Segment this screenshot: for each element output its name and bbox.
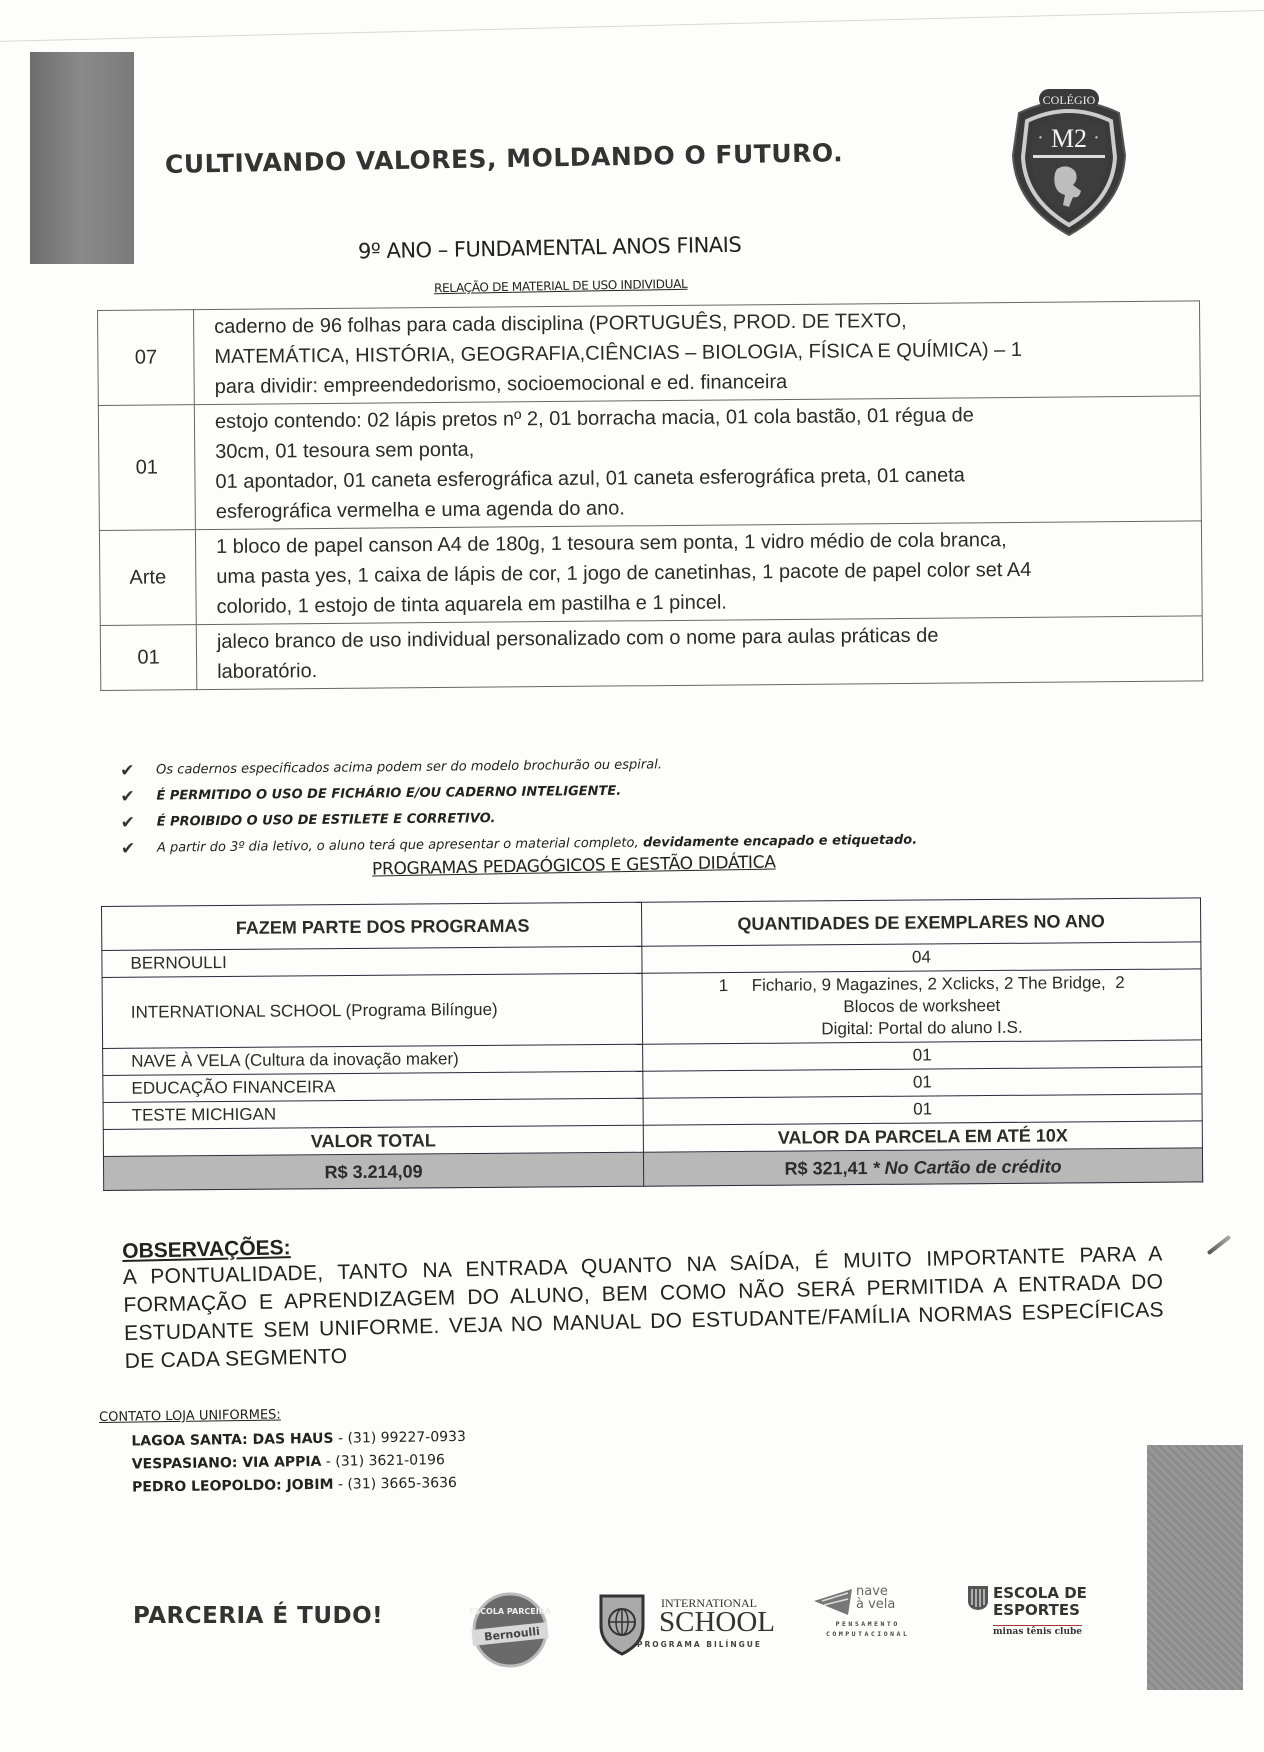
- material-description: jaleco branco de uso individual personal…: [196, 616, 1203, 690]
- colegio-m2-crest-logo: COLÉGIO M2 • •: [1005, 85, 1133, 237]
- material-row: 01jaleco branco de uso individual person…: [100, 616, 1203, 691]
- checkmark-icon: ✔: [121, 810, 157, 836]
- nave-a-vela-logo: naveà vela PENSAMENTOCOMPUTACIONAL: [808, 1585, 918, 1650]
- uniform-store-contacts: CONTATO LOJA UNIFORMES: LAGOA SANTA: DAS…: [99, 1405, 467, 1500]
- svg-text:M2: M2: [1051, 124, 1087, 153]
- totals-value-row: R$ 3.214,09R$ 321,41 * No Cartão de créd…: [103, 1148, 1202, 1191]
- material-quantity: 01: [100, 625, 197, 691]
- checkmark-icon: ✔: [121, 836, 157, 862]
- checkmark-icon: ✔: [120, 784, 156, 810]
- program-name: INTERNATIONAL SCHOOL (Programa Bilíngue): [102, 973, 643, 1048]
- sail-icon: [812, 1587, 854, 1617]
- scan-edge: [0, 10, 1264, 81]
- program-row: INTERNATIONAL SCHOOL (Programa Bilíngue)…: [102, 969, 1202, 1049]
- contacts-title: CONTATO LOJA UNIFORMES:: [99, 1405, 466, 1425]
- programs-table: FAZEM PARTE DOS PROGRAMAS QUANTIDADES DE…: [101, 897, 1203, 1191]
- phone-number: (31) 3621-0196: [335, 1452, 445, 1470]
- material-description: estojo contendo: 02 lápis pretos nº 2, 0…: [194, 396, 1201, 530]
- material-description: 1 bloco de papel canson A4 de 180g, 1 te…: [195, 521, 1202, 625]
- materials-subtitle: RELAÇÃO DE MATERIAL DE USO INDIVIDUAL: [434, 277, 688, 295]
- material-row: 01estojo contendo: 02 lápis pretos nº 2,…: [98, 396, 1201, 531]
- notes-list: ✔Os cadernos especificados acima podem s…: [120, 750, 917, 862]
- club-shield-icon: [967, 1585, 989, 1611]
- material-row: Arte1 bloco de papel canson A4 de 180g, …: [99, 521, 1202, 626]
- phone-number: (31) 3665-3636: [347, 1475, 457, 1493]
- program-name: TESTE MICHIGAN: [103, 1098, 643, 1129]
- material-quantity: 07: [98, 310, 195, 406]
- note-text: É PERMITIDO O USO DE FICHÁRIO E/OU CADER…: [156, 779, 621, 810]
- svg-text:COLÉGIO: COLÉGIO: [1043, 93, 1096, 107]
- svg-text:•: •: [1095, 133, 1098, 142]
- material-quantity: 01: [98, 405, 195, 531]
- grade-title: 9º ANO – FUNDAMENTAL ANOS FINAIS: [358, 233, 742, 264]
- escola-de-esportes-logo: ESCOLA DEESPORTES minas tênis clube: [965, 1585, 1095, 1650]
- material-row: 07caderno de 96 folhas para cada discipl…: [98, 301, 1201, 406]
- checkmark-icon: ✔: [120, 758, 156, 784]
- decorative-gray-block-bottom: [1147, 1445, 1243, 1690]
- phone-number: (31) 99227-0933: [347, 1429, 466, 1447]
- contact-line: PEDRO LEOPOLDO: JOBIM - (31) 3665-3636: [100, 1472, 467, 1500]
- svg-text:•: •: [1039, 133, 1042, 142]
- bernoulli-partner-logo: ESCOLA PARCEIRA Bernoulli: [470, 1590, 550, 1670]
- program-name: BERNOULLI: [102, 946, 642, 977]
- materials-table: 07caderno de 96 folhas para cada discipl…: [97, 300, 1203, 691]
- program-name: NAVE À VELA (Cultura da inovação maker): [103, 1044, 643, 1075]
- material-quantity: Arte: [99, 530, 196, 626]
- header-programs: FAZEM PARTE DOS PROGRAMAS: [102, 902, 642, 950]
- observations-text: A PONTUALIDADE, TANTO NA ENTRADA QUANTO …: [123, 1240, 1165, 1376]
- observations: OBSERVAÇÕES: A PONTUALIDADE, TANTO NA EN…: [122, 1216, 1165, 1376]
- header-slogan: CULTIVANDO VALORES, MOLDANDO O FUTURO.: [165, 138, 844, 179]
- total-label: VALOR TOTAL: [103, 1125, 643, 1156]
- decorative-gray-block-top: [30, 52, 134, 264]
- material-description: caderno de 96 folhas para cada disciplin…: [194, 301, 1201, 405]
- program-name: EDUCAÇÃO FINANCEIRA: [103, 1071, 643, 1102]
- header-quantities: QUANTIDADES DE EXEMPLARES NO ANO: [641, 898, 1200, 946]
- installment-value: R$ 321,41 * No Cartão de crédito: [643, 1148, 1202, 1186]
- partner-slogan: PARCERIA É TUDO!: [133, 1603, 383, 1629]
- stray-pen-mark: [1207, 1235, 1232, 1255]
- note-text: É PROIBIDO O USO DE ESTILETE E CORRETIVO…: [157, 806, 496, 836]
- program-quantity: 1 Fichario, 9 Magazines, 2 Xclicks, 2 Th…: [642, 969, 1202, 1044]
- international-school-logo: INTERNATIONAL SCHOOL PROGRAMA BILÍNGUE: [597, 1590, 797, 1665]
- total-value: R$ 3.214,09: [103, 1152, 643, 1190]
- svg-text:ESCOLA PARCEIRA: ESCOLA PARCEIRA: [470, 1607, 550, 1616]
